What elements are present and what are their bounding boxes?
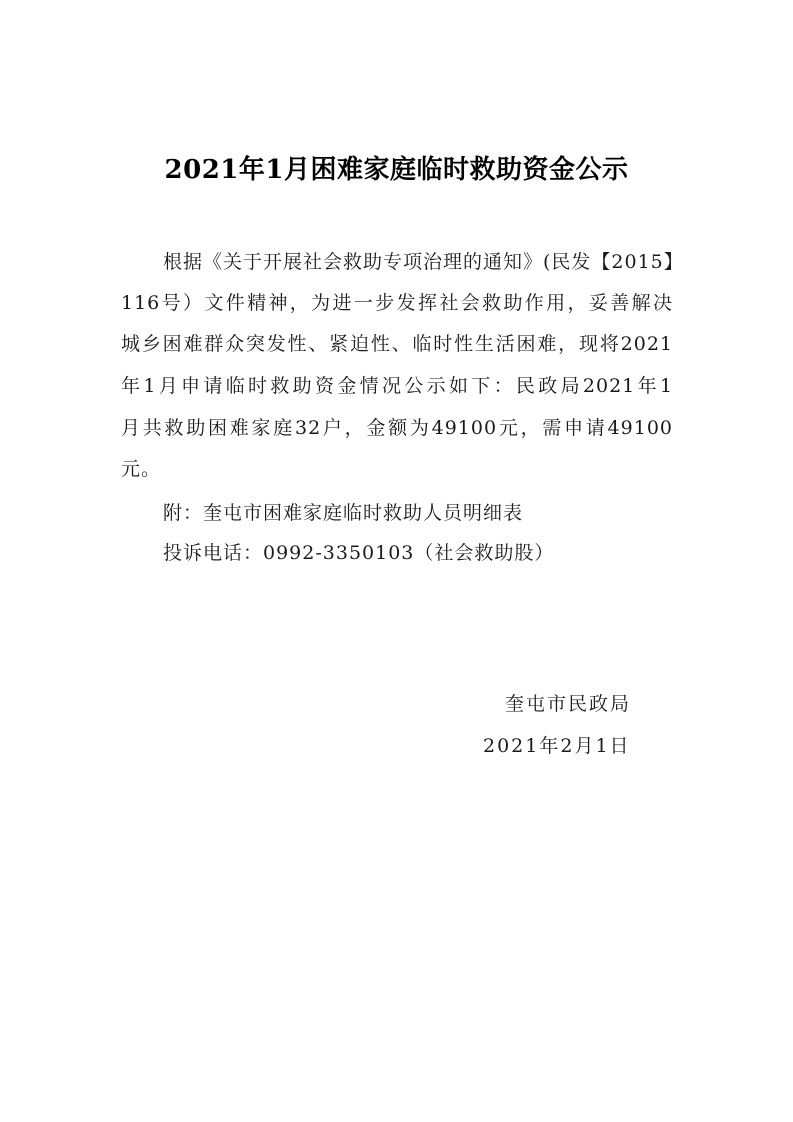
body-line-4: 年1月申请临时救助资金情况公示如下：民政局2021年1 xyxy=(121,373,673,399)
signature-date: 2021年2月1日 xyxy=(483,733,631,759)
body-line-1: 根据《关于开展社会救助专项治理的通知》(民发【2015】 xyxy=(163,249,673,275)
document-page: 2021年1月困难家庭临时救助资金公示 根据《关于开展社会救助专项治理的通知》(… xyxy=(0,0,793,1122)
signature-organization: 奎屯市民政局 xyxy=(505,691,631,717)
attachment-note: 附：奎屯市困难家庭临时救助人员明细表 xyxy=(163,500,523,526)
body-line-5: 月共救助困难家庭32户，金额为49100元，需申请49100 xyxy=(121,415,673,441)
body-line-6: 元。 xyxy=(121,456,161,482)
body-line-2: 116号）文件精神，为进一步发挥社会救助作用，妥善解决 xyxy=(121,290,673,316)
complaint-phone: 投诉电话：0992-3350103（社会救助股） xyxy=(163,540,554,566)
body-line-3: 城乡困难群众突发性、紧迫性、临时性生活困难，现将2021 xyxy=(121,331,673,357)
document-title: 2021年1月困难家庭临时救助资金公示 xyxy=(0,152,793,188)
